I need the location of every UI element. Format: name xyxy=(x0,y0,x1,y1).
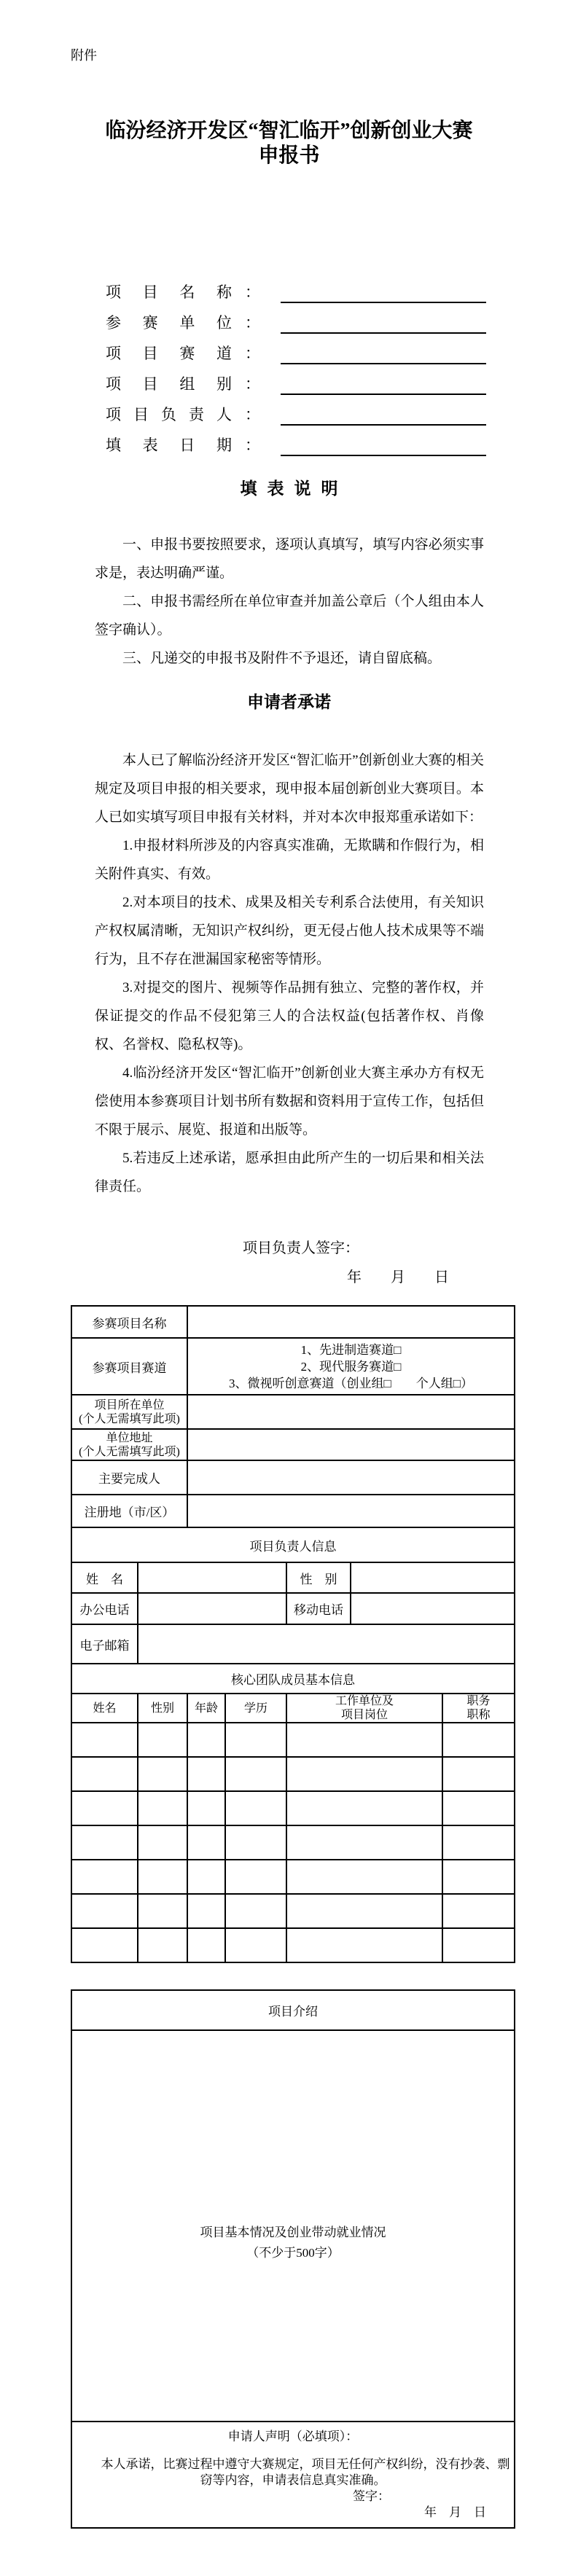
team-cell[interactable] xyxy=(286,1894,442,1928)
colon: ： xyxy=(245,311,260,333)
team-cell[interactable] xyxy=(71,1928,138,1962)
team-cell[interactable] xyxy=(138,1825,187,1860)
intro-content-caption: 项目基本情况及创业带动就业情况 （不少于500字） xyxy=(72,2189,514,2263)
table-row: 参赛项目名称 xyxy=(71,1306,515,1338)
team-member-row xyxy=(71,1928,515,1962)
commitment-paragraph-4: 3.对提交的图片、视频等作品拥有独立、完整的著作权，并保证提交的作品不侵犯第三人… xyxy=(95,974,484,1059)
instruction-item-2: 二、申报书需经所在单位审查并加盖公章后（个人组由本人签字确认）。 xyxy=(95,587,484,644)
track-options-cell: 1、先进制造赛道□ 2、现代服务赛道□ 3、微视听创意赛道（创业组□ 个人组□） xyxy=(187,1338,515,1395)
mobile-phone-input-cell[interactable] xyxy=(351,1593,515,1624)
basic-info-table: 参赛项目名称 参赛项目赛道 1、先进制造赛道□ 2、现代服务赛道□ 3、微视听创… xyxy=(71,1305,515,1963)
intro-section-title: 项目介绍 xyxy=(71,1990,515,2030)
track-option-advanced-manufacturing[interactable]: 1、先进制造赛道□ xyxy=(188,1342,514,1358)
date-blank-line[interactable] xyxy=(281,433,486,456)
leader-label: 项目负责人 xyxy=(106,403,232,425)
table-row: 项目所在单位 (个人无需填写此项) xyxy=(71,1395,515,1429)
team-member-row xyxy=(71,1860,515,1894)
applicant-declaration-cell: 申请人声明（必填项）： 本人承诺，比赛过程中遵守大赛规定，项目无任何产权纠纷，没… xyxy=(71,2422,515,2528)
table-row: 电子邮箱 xyxy=(71,1624,515,1664)
document-title: 临汾经济开发区“智汇临开”创新创业大赛 申报书 xyxy=(0,119,578,168)
team-header-gender: 性别 xyxy=(138,1694,187,1723)
table-row: 姓 名 性 别 xyxy=(71,1562,515,1593)
team-cell[interactable] xyxy=(71,1825,138,1860)
name-label: 姓 名 xyxy=(71,1562,138,1593)
unit-blank-line[interactable] xyxy=(281,310,486,334)
table-row: 参赛项目赛道 1、先进制造赛道□ 2、现代服务赛道□ 3、微视听创意赛道（创业组… xyxy=(71,1338,515,1395)
team-cell[interactable] xyxy=(225,1757,286,1791)
team-cell[interactable] xyxy=(187,1825,225,1860)
commitment-paragraph-5: 4.临汾经济开发区“智汇临开”创新创业大赛主承办方有权无偿使用本参赛项目计划书所… xyxy=(95,1059,484,1144)
project-name-input-cell[interactable] xyxy=(187,1306,515,1338)
colon: ： xyxy=(245,372,260,394)
team-cell[interactable] xyxy=(286,1825,442,1860)
track-option-micro-audiovisual[interactable]: 3、微视听创意赛道（创业组□ 个人组□） xyxy=(188,1375,514,1392)
declaration-body: 本人承诺，比赛过程中遵守大赛规定，项目无任何产权纠纷，没有抄袭、剽窃等内容，申请… xyxy=(72,2456,514,2489)
team-member-row xyxy=(71,1894,515,1928)
declaration-date-line[interactable]: 年 月 日 xyxy=(72,2505,514,2521)
track-row-label: 参赛项目赛道 xyxy=(71,1338,187,1395)
team-section-title: 核心团队成员基本信息 xyxy=(71,1664,515,1694)
registration-row-label: 注册地（市/区） xyxy=(71,1495,187,1527)
team-cell[interactable] xyxy=(225,1928,286,1962)
cover-field-project-name: 项目名称： xyxy=(106,276,486,307)
declaration-title: 申请人声明（必填项）： xyxy=(72,2429,514,2445)
instruction-item-1: 一、申报书要按照要求，逐项认真填写，填写内容必须实事求是，表达明确严谨。 xyxy=(95,531,484,587)
team-cell[interactable] xyxy=(71,1723,138,1757)
office-phone-label: 办公电话 xyxy=(71,1593,138,1624)
gender-input-cell[interactable] xyxy=(351,1562,515,1593)
team-cell[interactable] xyxy=(442,1825,515,1860)
team-cell[interactable] xyxy=(187,1757,225,1791)
team-cell[interactable] xyxy=(187,1894,225,1928)
team-cell[interactable] xyxy=(442,1723,515,1757)
instructions-body: 一、申报书要按照要求，逐项认真填写，填写内容必须实事求是，表达明确严谨。 二、申… xyxy=(95,531,484,673)
leader-signature-label[interactable]: 项目负责人签字： xyxy=(243,1236,359,1257)
table-row: 主要完成人 xyxy=(71,1460,515,1495)
commitment-paragraph-6: 5.若违反上述承诺，愿承担由此所产生的一切后果和相关法律责任。 xyxy=(95,1144,484,1201)
team-header-age: 年龄 xyxy=(187,1694,225,1723)
team-cell[interactable] xyxy=(187,1723,225,1757)
attachment-label: 附件 xyxy=(71,45,97,64)
team-cell[interactable] xyxy=(442,1928,515,1962)
team-header-education: 学历 xyxy=(225,1694,286,1723)
unit-address-row-label: 单位地址 (个人无需填写此项) xyxy=(71,1429,187,1460)
gender-label: 性 别 xyxy=(286,1562,351,1593)
team-cell[interactable] xyxy=(286,1757,442,1791)
team-cell[interactable] xyxy=(187,1928,225,1962)
main-members-input-cell[interactable] xyxy=(187,1460,515,1495)
team-cell[interactable] xyxy=(71,1791,138,1825)
email-input-cell[interactable] xyxy=(138,1624,515,1664)
email-label: 电子邮箱 xyxy=(71,1624,138,1664)
document-title-line2: 申报书 xyxy=(0,144,578,168)
team-cell[interactable] xyxy=(71,1860,138,1894)
table-row: 注册地（市/区） xyxy=(71,1495,515,1527)
commitment-paragraph-1: 本人已了解临汾经济开发区“智汇临开”创新创业大赛的相关规定及项目申报的相关要求，… xyxy=(95,746,484,831)
commitment-heading: 申请者承诺 xyxy=(0,689,578,713)
team-header-name: 姓名 xyxy=(71,1694,138,1723)
team-cell[interactable] xyxy=(286,1928,442,1962)
table-row: 项目介绍 xyxy=(71,1990,515,2030)
team-cell[interactable] xyxy=(225,1723,286,1757)
table-row: 项目基本情况及创业带动就业情况 （不少于500字） xyxy=(71,2030,515,2422)
colon: ： xyxy=(245,434,260,455)
table-row: 办公电话 移动电话 xyxy=(71,1593,515,1624)
team-cell[interactable] xyxy=(138,1894,187,1928)
colon: ： xyxy=(245,281,260,302)
commitment-paragraph-3: 2.对本项目的技术、成果及相关专利系合法使用，有关知识产权权属清晰，无知识产权纠… xyxy=(95,888,484,974)
team-cell[interactable] xyxy=(225,1894,286,1928)
team-cell[interactable] xyxy=(286,1723,442,1757)
project-name-blank-line[interactable] xyxy=(281,280,486,303)
cover-fields: 项目名称： 参赛单位： 项目赛道： 项目组别： 项目负责人： 填表日期： xyxy=(106,276,486,460)
date-label: 填表日期 xyxy=(106,434,232,455)
team-header-workunit-position: 工作单位及 项目岗位 xyxy=(286,1694,442,1723)
project-unit-row-label: 项目所在单位 (个人无需填写此项) xyxy=(71,1395,187,1429)
table-row: 单位地址 (个人无需填写此项) xyxy=(71,1429,515,1460)
team-cell[interactable] xyxy=(138,1791,187,1825)
office-phone-input-cell[interactable] xyxy=(138,1593,286,1624)
track-option-modern-service[interactable]: 2、现代服务赛道□ xyxy=(188,1358,514,1375)
leader-blank-line[interactable] xyxy=(281,402,486,426)
track-label: 项目赛道 xyxy=(106,342,232,364)
team-cell[interactable] xyxy=(442,1757,515,1791)
application-form-page: 附件 临汾经济开发区“智汇临开”创新创业大赛 申报书 项目名称： 参赛单位： 项… xyxy=(0,0,578,2576)
commitment-body: 本人已了解临汾经济开发区“智汇临开”创新创业大赛的相关规定及项目申报的相关要求，… xyxy=(95,746,484,1201)
cover-field-leader: 项目负责人： xyxy=(106,399,486,429)
name-input-cell[interactable] xyxy=(138,1562,286,1593)
team-cell[interactable] xyxy=(138,1860,187,1894)
intro-content-cell[interactable]: 项目基本情况及创业带动就业情况 （不少于500字） xyxy=(71,2030,515,2422)
team-member-row xyxy=(71,1723,515,1757)
table-row: 项目负责人信息 xyxy=(71,1527,515,1562)
team-cell[interactable] xyxy=(442,1894,515,1928)
document-title-line1: 临汾经济开发区“智汇临开”创新创业大赛 xyxy=(0,119,578,144)
track-blank-line[interactable] xyxy=(281,341,486,364)
team-cell[interactable] xyxy=(442,1860,515,1894)
instruction-item-3: 三、凡递交的申报书及附件不予退还，请自留底稿。 xyxy=(95,644,484,673)
cover-field-date: 填表日期： xyxy=(106,429,486,460)
colon: ： xyxy=(245,403,260,425)
team-cell[interactable] xyxy=(225,1825,286,1860)
team-cell[interactable] xyxy=(138,1723,187,1757)
team-cell[interactable] xyxy=(442,1791,515,1825)
team-cell[interactable] xyxy=(138,1928,187,1962)
commitment-date-line[interactable]: 年 月 日 xyxy=(347,1265,449,1286)
team-member-row xyxy=(71,1757,515,1791)
unit-label: 参赛单位 xyxy=(106,311,232,333)
instructions-heading: 填表说明 xyxy=(0,475,578,499)
team-header-row: 姓名 性别 年龄 学历 工作单位及 项目岗位 职务 职称 xyxy=(71,1694,515,1723)
table-row: 申请人声明（必填项）： 本人承诺，比赛过程中遵守大赛规定，项目无任何产权纠纷，没… xyxy=(71,2422,515,2528)
mobile-phone-label: 移动电话 xyxy=(286,1593,351,1624)
leader-info-section-title: 项目负责人信息 xyxy=(71,1527,515,1562)
declaration-sign-label[interactable]: 签字： xyxy=(72,2489,514,2505)
team-cell[interactable] xyxy=(187,1791,225,1825)
project-name-row-label: 参赛项目名称 xyxy=(71,1306,187,1338)
group-label: 项目组别 xyxy=(106,372,232,394)
team-cell[interactable] xyxy=(71,1894,138,1928)
project-unit-input-cell[interactable] xyxy=(187,1395,515,1429)
team-header-title: 职务 职称 xyxy=(442,1694,515,1723)
team-cell[interactable] xyxy=(71,1757,138,1791)
cover-field-group: 项目组别： xyxy=(106,368,486,399)
team-cell[interactable] xyxy=(187,1860,225,1894)
team-cell[interactable] xyxy=(225,1791,286,1825)
group-blank-line[interactable] xyxy=(281,372,486,395)
team-member-row xyxy=(71,1825,515,1860)
cover-field-track: 项目赛道： xyxy=(106,337,486,368)
main-members-row-label: 主要完成人 xyxy=(71,1460,187,1495)
cover-field-unit: 参赛单位： xyxy=(106,307,486,337)
commitment-paragraph-2: 1.申报材料所涉及的内容真实准确，无欺瞒和作假行为，相关附件真实、有效。 xyxy=(95,831,484,888)
team-cell[interactable] xyxy=(225,1860,286,1894)
unit-address-input-cell[interactable] xyxy=(187,1429,515,1460)
colon: ： xyxy=(245,342,260,364)
team-cell[interactable] xyxy=(286,1860,442,1894)
project-intro-table: 项目介绍 项目基本情况及创业带动就业情况 （不少于500字） 申请人声明（必填项… xyxy=(71,1989,515,2529)
team-member-row xyxy=(71,1791,515,1825)
project-name-label: 项目名称 xyxy=(106,281,232,302)
table-row: 核心团队成员基本信息 xyxy=(71,1664,515,1694)
team-cell[interactable] xyxy=(138,1757,187,1791)
registration-input-cell[interactable] xyxy=(187,1495,515,1527)
team-cell[interactable] xyxy=(286,1791,442,1825)
